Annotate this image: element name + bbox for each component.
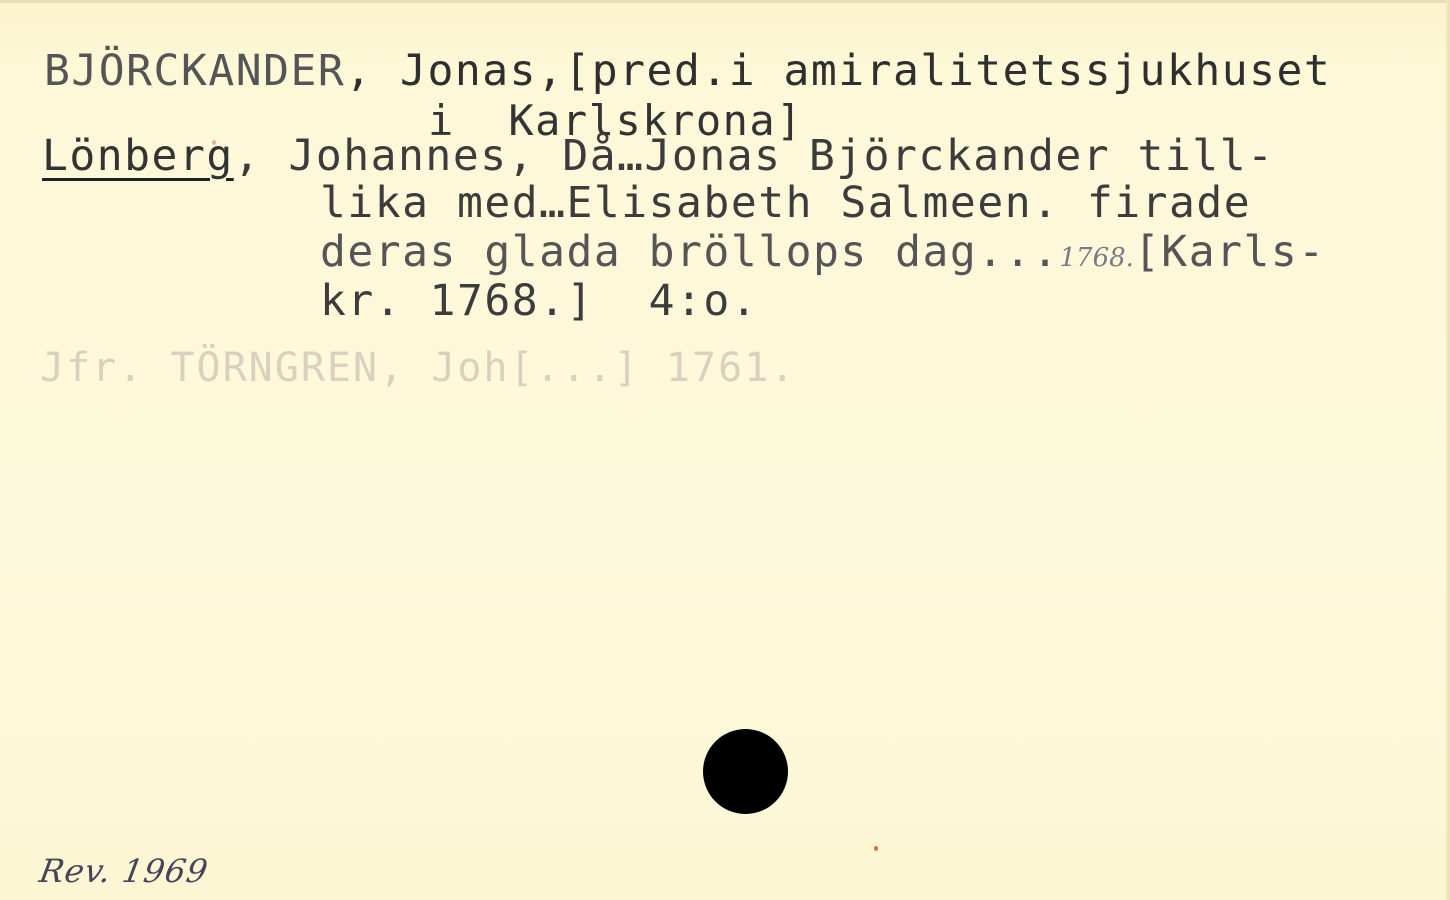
ink-speck <box>874 846 878 851</box>
entry-line-1: Lönberg, Johannes, Då…Jonas Björckander … <box>42 135 1274 178</box>
catalog-card: BJÖRCKANDER, Jonas,[pred.i amiralitetssj… <box>0 0 1450 900</box>
heading-surname: BJÖRCKANDER <box>44 46 345 96</box>
entry-line-3: deras glada bröllops dag...1768.[Karls- <box>320 231 1326 274</box>
entry-line-4: kr. 1768.] 4:o. <box>320 280 758 323</box>
entry-author: Lönberg <box>42 131 234 181</box>
card-heading: BJÖRCKANDER, Jonas,[pred.i amiralitetssj… <box>44 50 1331 93</box>
card-top-edge <box>0 0 1450 3</box>
faded-reference: Jfr. TÖRNGREN, Joh[...] 1761. <box>40 348 796 388</box>
punch-hole <box>703 729 788 814</box>
handwritten-year: 1768. <box>1059 243 1133 273</box>
entry-line-1-rest: , Johannes, Då…Jonas Björckander till- <box>234 131 1275 181</box>
revision-note: Rev. 1969 <box>37 852 212 890</box>
ink-speck <box>212 140 216 145</box>
heading-rest: , Jonas,[pred.i amiralitetssjukhuset <box>345 46 1331 96</box>
card-right-edge <box>1446 0 1450 900</box>
entry-line-3-after: [Karls- <box>1134 227 1326 277</box>
entry-line-2: lika med…Elisabeth Salmeen. firade <box>320 182 1251 225</box>
entry-line-3-text: deras glada bröllops dag... <box>320 227 1059 277</box>
